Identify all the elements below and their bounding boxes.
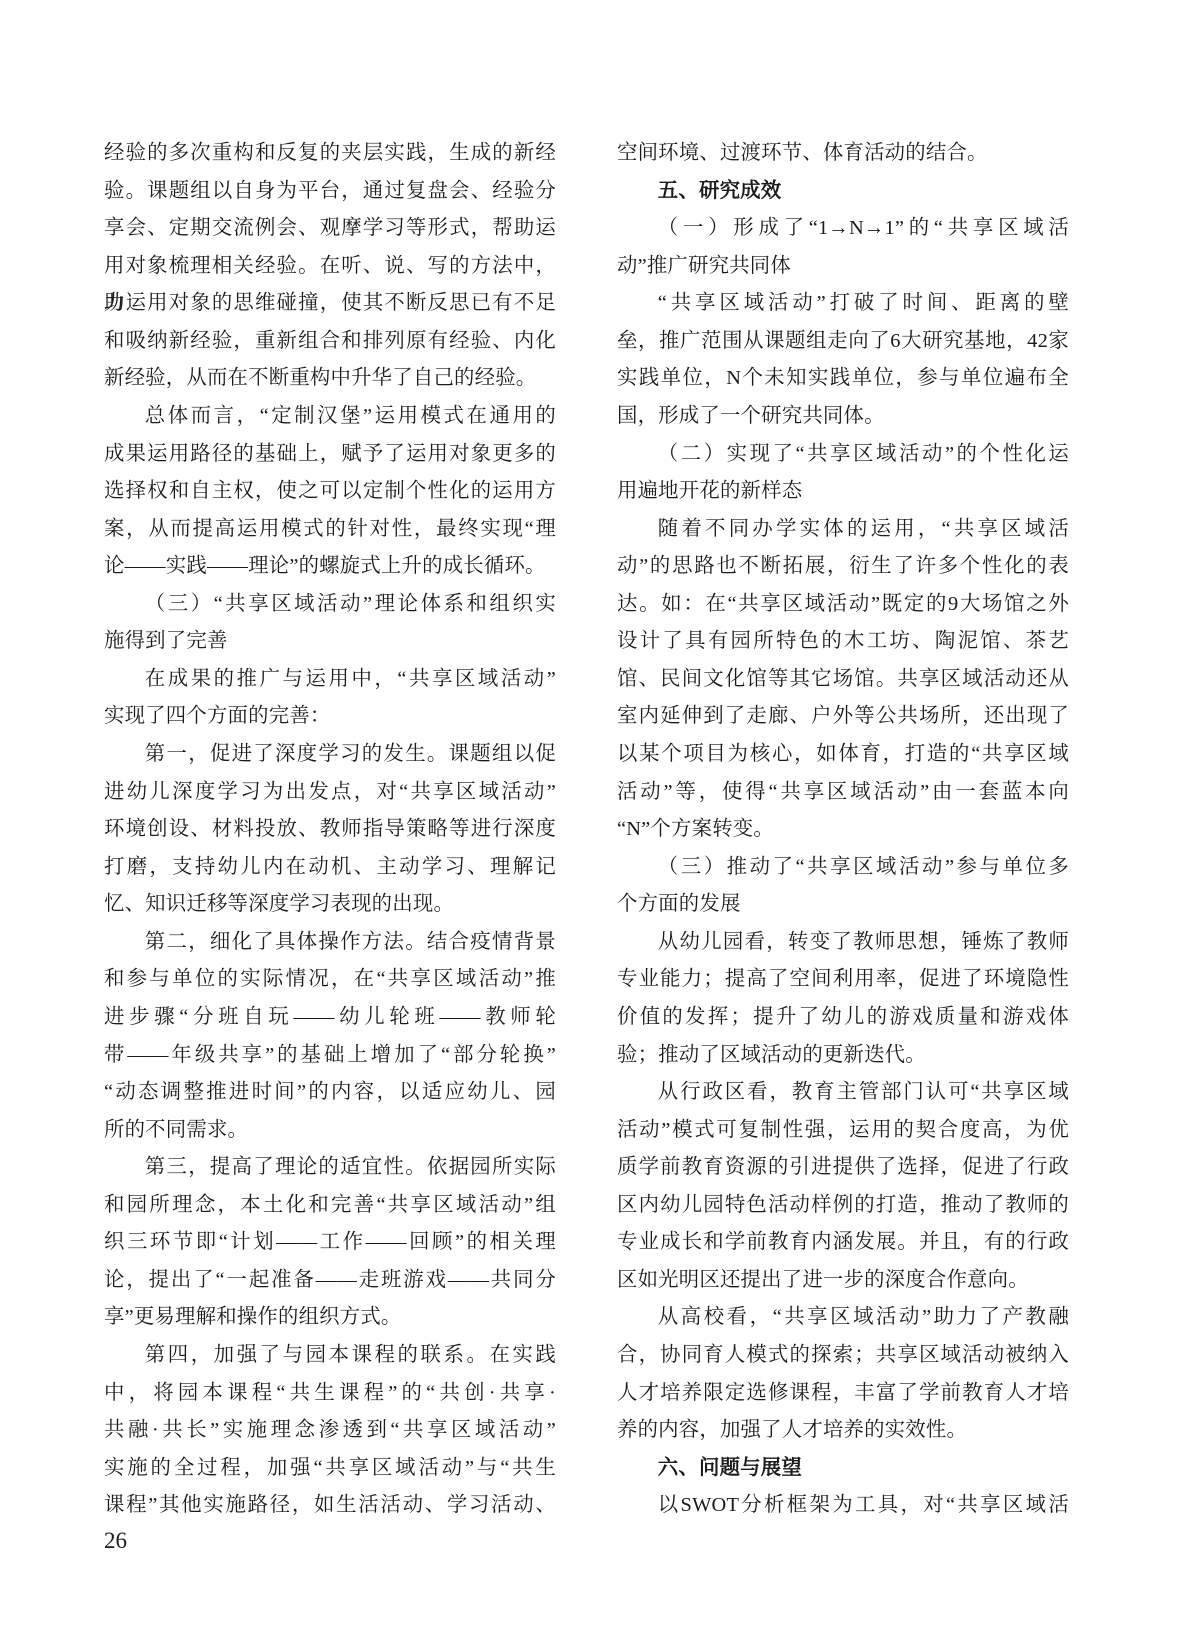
text-line: （二）实现了“共享区域活动”的个性化运 (617, 436, 1069, 474)
left-column: 经验的多次重构和反复的夹层实践，生成的新经验。课题组以自身为平台，通过复盘会、经… (104, 135, 556, 1525)
text-line: 和吸纳新经验，重新组合和排列原有经验、内化 (104, 323, 556, 361)
text-line: 享会、定期交流例会、观摩学习等形式，帮助运 (104, 210, 556, 248)
text-line: 空间环境、过渡环节、体育活动的结合。 (617, 135, 1069, 173)
text-line: 中，将园本课程“共生课程”的“共创·共享· (104, 1375, 556, 1413)
text-line: 用遍地开花的新样态 (617, 473, 1069, 511)
text-line: 区内幼儿园特色活动样例的打造，推动了教师的 (617, 1187, 1069, 1225)
text-line: 验；推动了区域活动的更新迭代。 (617, 1037, 1069, 1075)
text-line: 个方面的发展 (617, 886, 1069, 924)
text-line: 专业能力；提高了空间利用率，促进了环境隐性 (617, 961, 1069, 999)
text-line: 养的内容，加强了人才培养的实效性。 (617, 1412, 1069, 1450)
text-line: 第三，提高了理论的适宜性。依据园所实际 (104, 1149, 556, 1187)
text-line: “N”个方案转变。 (617, 811, 1069, 849)
text-line: （一）形成了“1→N→1”的“共享区域活 (617, 210, 1069, 248)
right-column: 空间环境、过渡环节、体育活动的结合。五、研究成效（一）形成了“1→N→1”的“共… (617, 135, 1069, 1525)
text-line: 活动”等，使得“共享区域活动”由一套蓝本向 (617, 774, 1069, 812)
text-line: 论——实践——理论”的螺旋式上升的成长循环。 (104, 548, 556, 586)
text-line: 环境创设、材料投放、教师指导策略等进行深度 (104, 811, 556, 849)
text-line: （三）“共享区域活动”理论体系和组织实 (104, 586, 556, 624)
text-line: 实践单位，N个未知实践单位，参与单位遍布全 (617, 360, 1069, 398)
text-line: 从行政区看，教育主管部门认可“共享区域 (617, 1074, 1069, 1112)
text-line: 第四，加强了与园本课程的联系。在实践 (104, 1337, 556, 1375)
text-line: 馆、民间文化馆等其它场馆。共享区域活动还从 (617, 661, 1069, 699)
text-line: 动”推广研究共同体 (617, 248, 1069, 286)
text-line: 专业成长和学前教育内涵发展。并且，有的行政 (617, 1224, 1069, 1262)
text-line: 案，从而提高运用模式的针对性，最终实现“理 (104, 511, 556, 549)
text-line: 设计了具有园所特色的木工坊、陶泥馆、茶艺 (617, 623, 1069, 661)
text-line: 成果运用路径的基础上，赋予了运用对象更多的 (104, 436, 556, 474)
text-line: 织三环节即“计划——工作——回顾”的相关理 (104, 1224, 556, 1262)
text-line: 总体而言，“定制汉堡”运用模式在通用的 (104, 398, 556, 436)
text-line: 享”更易理解和操作的组织方式。 (104, 1299, 556, 1337)
text-line: 在成果的推广与运用中，“共享区域活动” (104, 661, 556, 699)
section-heading: 六、问题与展望 (617, 1450, 1069, 1488)
text-line: 人才培养限定选修课程，丰富了学前教育人才培 (617, 1375, 1069, 1413)
section-heading: 五、研究成效 (617, 173, 1069, 211)
text-line: 以SWOT分析框架为工具，对“共享区域活 (617, 1487, 1069, 1525)
page-number: 26 (104, 1524, 127, 1558)
text-line: 打磨，支持幼儿内在动机、主动学习、理解记 (104, 849, 556, 887)
text-line: 实现了四个方面的完善： (104, 698, 556, 736)
text-line: 验。课题组以自身为平台，通过复盘会、经验分 (104, 173, 556, 211)
text-line: 以某个项目为核心，如体育，打造的“共享区域 (617, 736, 1069, 774)
text-line: 施得到了完善 (104, 623, 556, 661)
text-line: 价值的发挥；提升了幼儿的游戏质量和游戏体 (617, 999, 1069, 1037)
text-line: 论，提出了“一起准备——走班游戏——共同分 (104, 1262, 556, 1300)
text-line: 合，协同育人模式的探索；共享区域活动被纳入 (617, 1337, 1069, 1375)
text-line: 从高校看，“共享区域活动”助力了产教融 (617, 1299, 1069, 1337)
text-line: 经验的多次重构和反复的夹层实践，生成的新经 (104, 135, 556, 173)
text-line: 第一，促进了深度学习的发生。课题组以促 (104, 736, 556, 774)
text-line: “动态调整推进时间”的内容，以适应幼儿、园 (104, 1074, 556, 1112)
text-line: 从幼儿园看，转变了教师思想，锤炼了教师 (617, 924, 1069, 962)
text-line: 随着不同办学实体的运用，“共享区域活 (617, 511, 1069, 549)
text-line: 忆、知识迁移等深度学习表现的出现。 (104, 886, 556, 924)
text-line: 用对象梳理相关经验。在听、说、写的方法中，助 (104, 248, 556, 286)
text-line: 进幼儿深度学习为出发点，对“共享区域活动” (104, 774, 556, 812)
text-line: 带——年级共享”的基础上增加了“部分轮换” (104, 1037, 556, 1075)
text-line: 力运用对象的思维碰撞，使其不断反思已有不足 (104, 285, 556, 323)
text-line: 课程”其他实施路径，如生活活动、学习活动、 (104, 1487, 556, 1525)
text-line: 新经验，从而在不断重构中升华了自己的经验。 (104, 360, 556, 398)
text-line: 共融·共长”实施理念渗透到“共享区域活动” (104, 1412, 556, 1450)
text-line: （三）推动了“共享区域活动”参与单位多 (617, 849, 1069, 887)
text-line: 选择权和自主权，使之可以定制个性化的运用方 (104, 473, 556, 511)
text-line: “共享区域活动”打破了时间、距离的壁 (617, 285, 1069, 323)
text-line: 进步骤“分班自玩——幼儿轮班——教师轮 (104, 999, 556, 1037)
text-line: 动”的思路也不断拓展，衍生了许多个性化的表 (617, 548, 1069, 586)
text-line: 所的不同需求。 (104, 1112, 556, 1150)
text-line: 和参与单位的实际情况，在“共享区域活动”推 (104, 961, 556, 999)
text-line: 区如光明区还提出了进一步的深度合作意向。 (617, 1262, 1069, 1300)
text-line: 室内延伸到了走廊、户外等公共场所，还出现了 (617, 698, 1069, 736)
text-line: 质学前教育资源的引进提供了选择，促进了行政 (617, 1149, 1069, 1187)
text-line: 活动”模式可复制性强，运用的契合度高，为优 (617, 1112, 1069, 1150)
text-line: 第二，细化了具体操作方法。结合疫情背景 (104, 924, 556, 962)
document-page: 经验的多次重构和反复的夹层实践，生成的新经验。课题组以自身为平台，通过复盘会、经… (0, 0, 1191, 1650)
text-line: 和园所理念，本土化和完善“共享区域活动”组 (104, 1187, 556, 1225)
text-line: 垒，推广范围从课题组走向了6大研究基地，42家 (617, 323, 1069, 361)
text-line: 实施的全过程，加强“共享区域活动”与“共生 (104, 1450, 556, 1488)
text-line: 国，形成了一个研究共同体。 (617, 398, 1069, 436)
text-line: 达。如：在“共享区域活动”既定的9大场馆之外 (617, 586, 1069, 624)
